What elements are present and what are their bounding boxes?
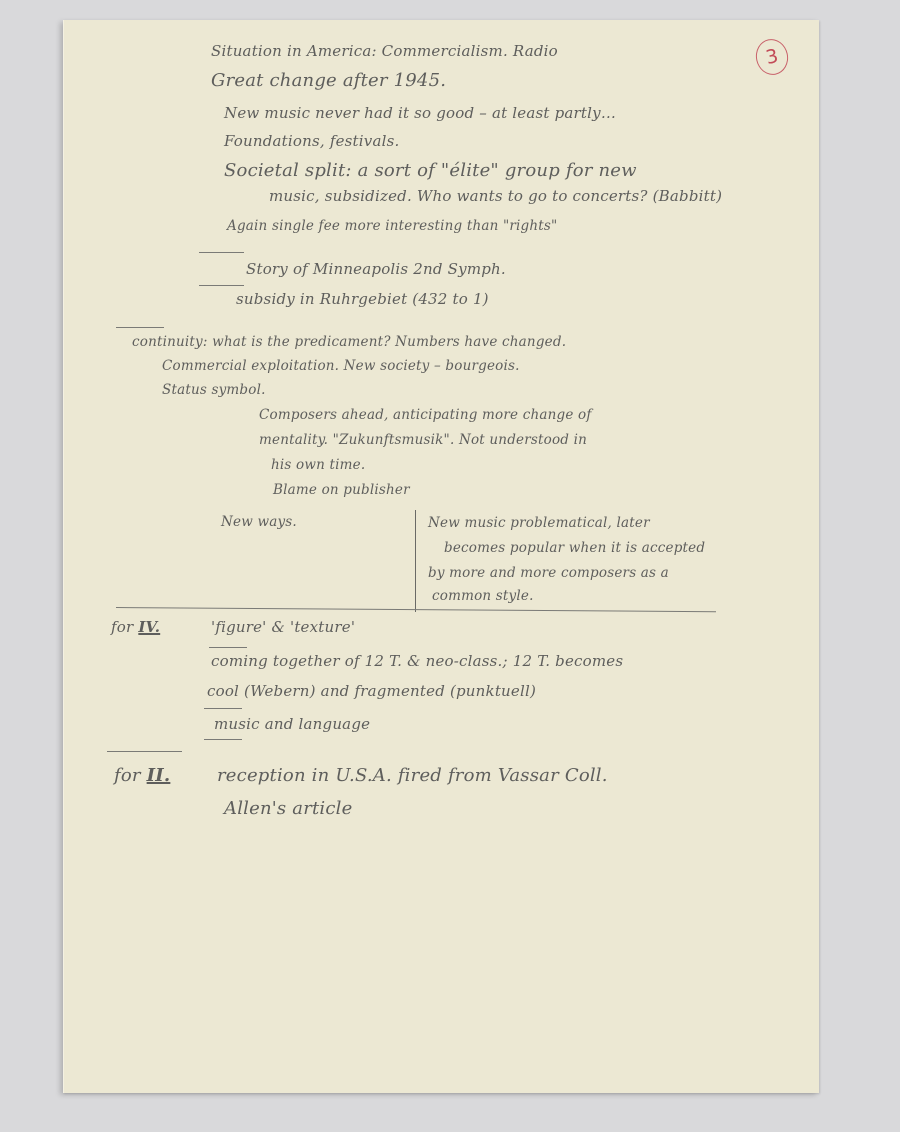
intro-line-1: Situation in America: Commercialism. Rad… <box>211 42 558 60</box>
dash-rule <box>209 647 247 648</box>
right-col-line-4: common style. <box>432 588 534 604</box>
continuity-line-2: Commercial exploitation. New society – b… <box>162 358 520 374</box>
intro-line-4: Foundations, festivals. <box>224 132 399 150</box>
for-iv-line-2: coming together of 12 T. & neo-class.; 1… <box>211 652 623 670</box>
intro-line-2: Great change after 1945. <box>211 70 446 91</box>
right-col-line-2: becomes popular when it is accepted <box>444 540 705 556</box>
manuscript-page: 3 Situation in America: Commercialism. R… <box>63 20 819 1093</box>
column-divider <box>415 510 416 612</box>
dash-rule <box>204 739 242 740</box>
continuity-line-7: Blame on publisher <box>273 482 410 498</box>
intro-line-6: music, subsidized. Who wants to go to co… <box>269 187 722 205</box>
intro-line-7: Again single fee more interesting than "… <box>227 218 557 234</box>
for-ii-label: for II. <box>114 765 170 786</box>
for-iv-numeral: IV. <box>138 618 160 636</box>
intro-line-3: New music never had it so good – at leas… <box>224 104 616 122</box>
for-ii-line-1: reception in U.S.A. fired from Vassar Co… <box>217 765 608 786</box>
for-ii-numeral: II. <box>147 765 171 786</box>
dash-rule <box>199 285 244 286</box>
page-number-circled: 3 <box>753 36 792 78</box>
dash-item-1: Story of Minneapolis 2nd Symph. <box>246 260 506 278</box>
right-col-line-1: New music problematical, later <box>428 515 650 531</box>
dash-item-2: subsidy in Ruhrgebiet (432 to 1) <box>236 290 489 308</box>
for-iv-label: for IV. <box>111 618 160 636</box>
intro-line-5: Societal split: a sort of "élite" group … <box>224 160 637 181</box>
for-iv-line-3: cool (Webern) and fragmented (punktuell) <box>207 682 536 700</box>
for-iv-line-4: music and language <box>214 715 370 733</box>
section-rule <box>107 751 182 752</box>
for-iv-prefix: for <box>111 618 133 636</box>
continuity-line-5: mentality. "Zukunftsmusik". Not understo… <box>259 432 587 448</box>
page-number-text: 3 <box>764 45 780 69</box>
for-ii-prefix: for <box>114 765 141 786</box>
for-iv-line-1: 'figure' & 'texture' <box>211 618 355 636</box>
continuity-line-4: Composers ahead, anticipating more chang… <box>259 407 592 423</box>
continuity-line-6: his own time. <box>271 457 365 473</box>
new-ways-label: New ways. <box>221 514 297 530</box>
continuity-line-1: continuity: what is the predicament? Num… <box>132 334 566 350</box>
continuity-line-3: Status symbol. <box>162 382 266 398</box>
section-rule <box>116 327 164 328</box>
right-col-line-3: by more and more composers as a <box>428 565 669 581</box>
dash-rule <box>204 708 242 709</box>
for-ii-line-2: Allen's article <box>224 798 352 819</box>
dash-rule <box>199 252 244 253</box>
